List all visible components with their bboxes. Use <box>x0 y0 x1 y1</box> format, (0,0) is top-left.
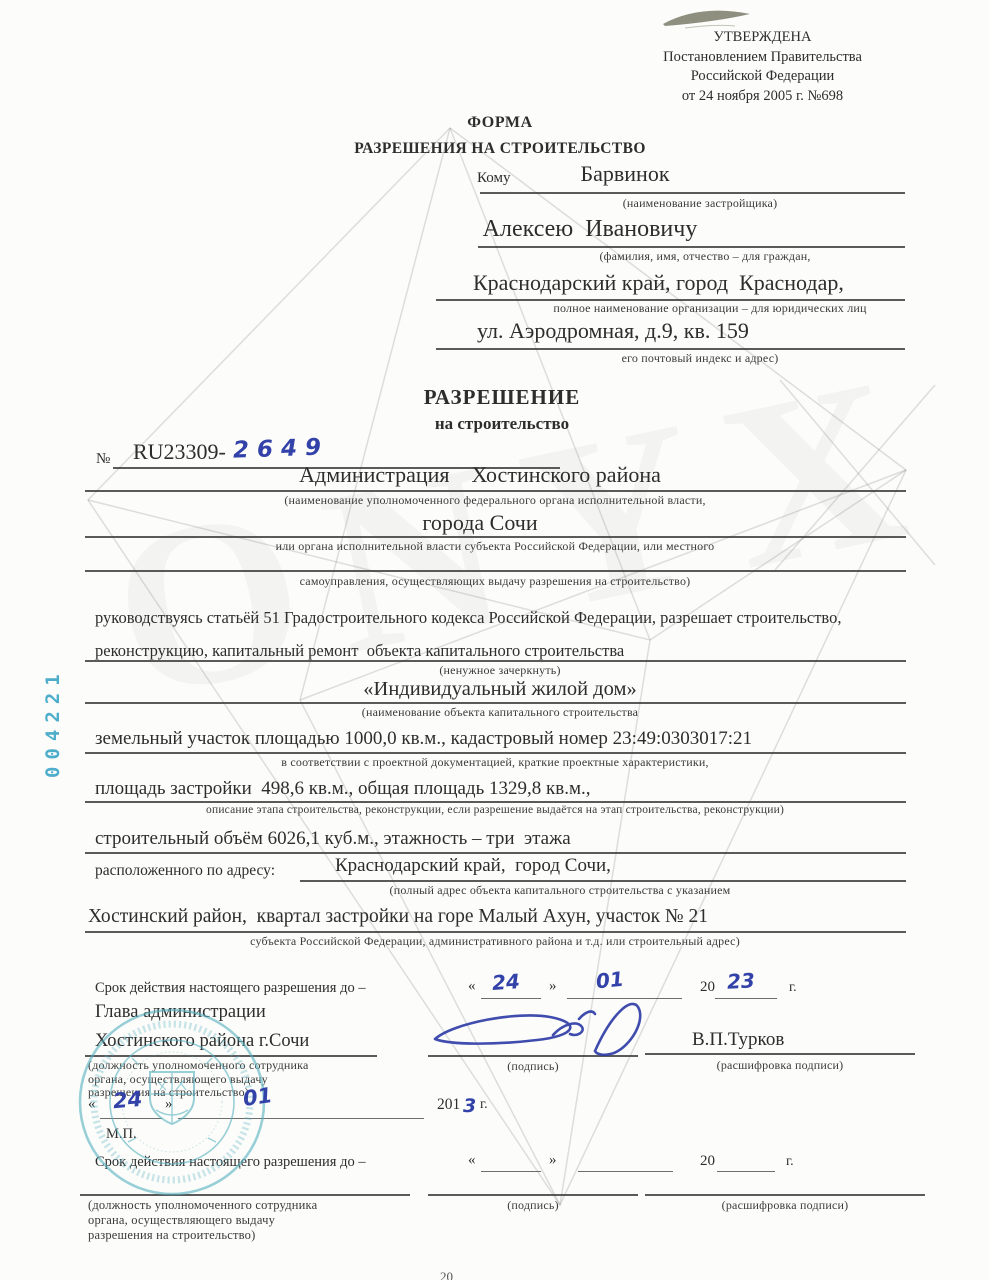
approval-block: УТВЕРЖДЕНА Постановлением Правительства … <box>565 28 960 106</box>
quote-open: « <box>468 1152 476 1169</box>
field-rule <box>436 348 905 350</box>
serial-number: 004221 <box>42 667 64 778</box>
number-handwritten: 2649 <box>233 434 330 463</box>
volume-line: строительный объём 6026,1 куб.м., этажно… <box>95 828 571 850</box>
form-title: ФОРМА <box>295 114 705 132</box>
full-rule <box>85 801 906 803</box>
validity1-year-suffix: г. <box>789 980 797 996</box>
validity1-year-handwritten: 23 <box>726 968 755 993</box>
issue-year-handwritten: 3 <box>463 1095 476 1117</box>
field-rule <box>300 880 906 882</box>
authority-city: города Сочи <box>180 510 780 536</box>
footer-signature-rule <box>428 1194 638 1196</box>
footer-position-caption: (должность уполномоченного сотрудника ор… <box>88 1198 317 1243</box>
official-round-stamp <box>72 1002 272 1202</box>
handwritten-signature <box>425 993 690 1059</box>
document-title: РАЗРЕШЕНИЕ <box>300 385 704 410</box>
authority-caption-2: или органа исполнительной власти субъект… <box>95 539 895 554</box>
footer-name-caption: (расшифровка подписи) <box>645 1198 925 1213</box>
recipient-address: ул. Аэродромная, д.9, кв. 159 <box>477 318 749 344</box>
blank-rule <box>578 1171 673 1172</box>
authority-caption-3: самоуправления, осуществляющих выдачу ра… <box>95 574 895 589</box>
validity1-day-handwritten: 24 <box>491 969 520 995</box>
approval-line: Российской Федерации <box>565 67 960 87</box>
ruling-line: руководствуясь статьёй 51 Градостроитель… <box>95 608 841 628</box>
page-number: 20 <box>440 1269 453 1280</box>
authority-caption-1: (наименование уполномоченного федерально… <box>95 493 895 508</box>
object-name-caption: (наименование объекта капитального строи… <box>250 705 750 720</box>
area-line: площадь застройки 498,6 кв.м., общая пло… <box>95 778 590 800</box>
scanned-permit-document: ONYX 004221 УТВЕРЖДЕНА Постановлением Пр… <box>0 0 989 1280</box>
issue-year-suffix: г. <box>480 1097 488 1113</box>
address-label: расположенного по адресу: <box>95 862 275 880</box>
validity1-month-handwritten: 01 <box>595 967 625 994</box>
signer-name: В.П.Турков <box>692 1029 784 1051</box>
quote-close: » <box>549 1152 557 1169</box>
field-rule <box>480 192 905 194</box>
signer-name-caption: (расшифровка подписи) <box>645 1058 915 1073</box>
full-rule <box>85 931 906 933</box>
full-rule <box>85 570 906 572</box>
recipient-patronymic-caption: (фамилия, имя, отчество – для граждан, <box>540 249 870 264</box>
field-rule <box>478 246 905 248</box>
validity2-year-prefix: 20 <box>700 1153 715 1170</box>
full-rule <box>85 536 906 538</box>
approval-line: Постановлением Правительства <box>565 48 960 68</box>
validity1-label: Срок действия настоящего разрешения до – <box>95 980 366 997</box>
footer-position-caption-line: органа, осуществляющего выдачу <box>88 1213 317 1228</box>
issue-year-typed: 201 <box>437 1096 460 1114</box>
full-rule <box>85 660 906 662</box>
full-rule <box>85 752 906 754</box>
authority-name: Администрация Хостинского района <box>180 462 780 488</box>
address-value: Краснодарский край, город Сочи, <box>335 855 611 877</box>
validity2-year-suffix: г. <box>786 1154 794 1170</box>
land-line: земельный участок площадью 1000,0 кв.м.,… <box>95 728 752 750</box>
recipient-org: Краснодарский край, город Краснодар, <box>473 270 844 296</box>
recipient-address-caption: его почтовый индекс и адрес) <box>540 351 860 366</box>
recipient-org-caption: полное наименование организации – для юр… <box>520 301 900 316</box>
footer-name-rule <box>645 1194 925 1196</box>
address-caption: (полный адрес объекта капитального строи… <box>260 883 860 898</box>
address2-caption: субъекта Российской Федерации, администр… <box>95 934 895 949</box>
full-rule <box>85 852 906 854</box>
full-rule <box>85 490 906 492</box>
issue-month-handwritten: 01 <box>241 1083 273 1111</box>
blank-rule <box>715 998 777 999</box>
footer-position-caption-line: разрешения на строительство) <box>88 1228 317 1243</box>
number-label: № <box>96 451 110 468</box>
recipient-name-caption: (наименование застройщика) <box>560 196 840 211</box>
blank-rule <box>481 1171 541 1172</box>
reconstruction-line: реконструкцию, капитальный ремонт объект… <box>95 641 624 661</box>
full-rule <box>85 702 906 704</box>
area-caption: описание этапа строительства, реконструк… <box>95 804 895 816</box>
footer-signature-caption: (подпись) <box>428 1198 638 1213</box>
blank-rule <box>717 1171 775 1172</box>
address2-line: Хостинский район, квартал застройки на г… <box>88 906 708 928</box>
document-subtitle: на строительство <box>300 414 704 434</box>
issue-day-handwritten: 24 <box>112 1087 143 1113</box>
signature-caption: (подпись) <box>428 1059 638 1074</box>
recipient-patronymic: Алексею Ивановичу <box>430 216 750 243</box>
form-subtitle: РАЗРЕШЕНИЯ НА СТРОИТЕЛЬСТВО <box>270 140 730 158</box>
approval-line: от 24 ноября 2005 г. №698 <box>565 87 960 107</box>
land-caption: в соответствии с проектной документацией… <box>95 755 895 770</box>
reconstruction-caption: (ненужное зачеркнуть) <box>300 663 700 678</box>
recipient-name: Барвинок <box>500 161 750 187</box>
object-name: «Индивидуальный жилой дом» <box>250 678 750 701</box>
validity1-year-prefix: 20 <box>700 979 715 996</box>
approval-line: УТВЕРЖДЕНА <box>565 28 960 48</box>
